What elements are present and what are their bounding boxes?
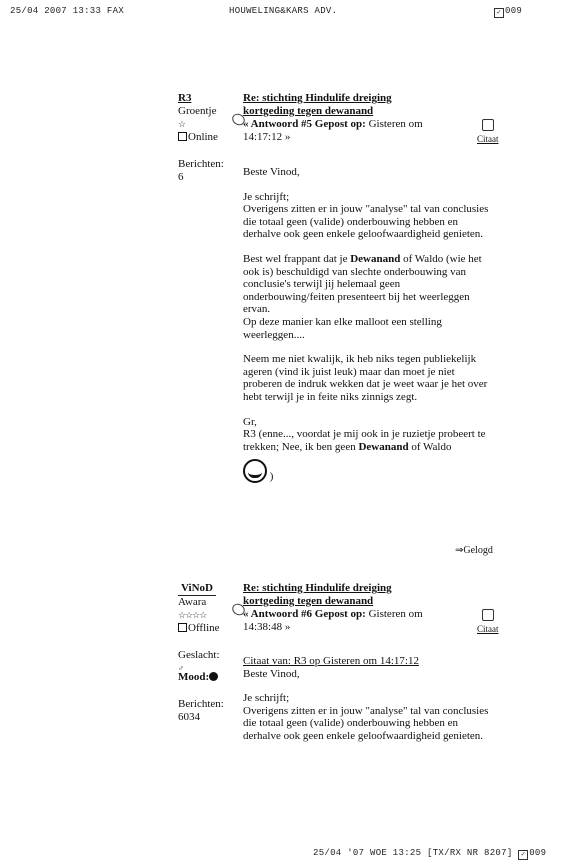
status-text: Offline: [188, 622, 220, 634]
posts-count-value: 6: [178, 171, 240, 184]
body-line: Best wel frappant dat je Dewanand of Wal…: [243, 253, 523, 266]
online-status: Offline: [178, 622, 240, 635]
author-panel: R3 Groentje ☆ Online Berichten: 6: [178, 92, 240, 184]
status-icon: [178, 132, 187, 141]
greeting: Beste Vinod,: [243, 166, 523, 179]
mood-label: Mood:: [178, 671, 240, 684]
grin-smiley-icon: [243, 459, 267, 483]
quote-icon: [482, 609, 494, 621]
fax-page-icon: ✓: [518, 850, 528, 860]
fax-header-page: ✓009: [494, 6, 522, 18]
greeting: Beste Vinod,: [243, 668, 523, 681]
body-line: derhalve ook geen enkele geloofwaardighe…: [243, 730, 523, 743]
body-line: die totaal geen (valide) onderbouwing he…: [243, 216, 523, 229]
online-status: Online: [178, 131, 240, 144]
author-name-link[interactable]: R3: [178, 92, 240, 105]
body-line: onderbouwing/feiten presenteert bij het …: [243, 291, 523, 304]
fax-header-left: 25/04 2007 13:33 FAX: [10, 6, 124, 16]
quote-button[interactable]: Citaat: [477, 609, 499, 636]
quote-button[interactable]: Citaat: [477, 119, 499, 146]
author-name-link[interactable]: ViNoD: [178, 582, 216, 596]
rank-stars-icon: ☆: [178, 118, 240, 131]
mood-icon: [209, 672, 218, 681]
body-line: weerleggen....: [243, 329, 523, 342]
status-text: Online: [188, 131, 218, 143]
author-rank: Groentje: [178, 105, 240, 118]
author-panel: ViNoD Awara ☆☆☆☆ Offline Geslacht: ♂ Moo…: [178, 582, 240, 724]
body-line: conclusie's terwijl jij helemaal geen: [243, 278, 523, 291]
quote-header-link[interactable]: Citaat van: R3 op Gisteren om 14:17:12: [243, 655, 523, 668]
post-header: Re: stichting Hindulife dreigingkortgedi…: [243, 582, 513, 634]
body-line: ervan.: [243, 303, 523, 316]
fax-header-sender: HOUWELING&KARS ADV.: [229, 6, 337, 16]
author-rank: Awara: [178, 596, 240, 609]
rank-stars-icon: ☆☆☆☆: [178, 609, 240, 622]
body-line: die totaal geen (valide) onderbouwing he…: [243, 717, 523, 730]
post-meta: « Antwoord #5 Gepost op: Gisteren om14:1…: [243, 118, 513, 144]
body-line: Je schrijft;: [243, 191, 523, 204]
status-icon: [178, 623, 187, 632]
body-line: hebt terwijl je in feite niks zinnigs ze…: [243, 391, 523, 404]
smiley-line: ): [243, 459, 523, 483]
body-line: ageren (vind ik juist leuk) maar dan moe…: [243, 366, 523, 379]
post-meta: « Antwoord #6 Gepost op: Gisteren om14:3…: [243, 608, 513, 634]
signoff: R3 (enne..., voordat je mij ook in je ru…: [243, 428, 523, 441]
fax-page-number: 009: [505, 6, 522, 16]
body-line: Neem me niet kwalijk, ik heb niks tegen …: [243, 353, 523, 366]
post-header: Re: stichting Hindulife dreigingkortgedi…: [243, 92, 513, 144]
body-line: Overigens zitten er in jouw "analyse" ta…: [243, 203, 523, 216]
gender-icon: ♂: [178, 662, 240, 671]
post-body: Citaat van: R3 op Gisteren om 14:17:12 B…: [243, 655, 523, 743]
body-line: Op deze manier kan elke malloot een stel…: [243, 316, 523, 329]
body-line: Je schrijft;: [243, 692, 523, 705]
body-line: proberen de indruk wekken dat je weet wa…: [243, 378, 523, 391]
post-subject-link[interactable]: Re: stichting Hindulife dreigingkortgedi…: [243, 582, 513, 608]
body-line: Overigens zitten er in jouw "analyse" ta…: [243, 705, 523, 718]
posts-count-label: Berichten:: [178, 698, 240, 711]
quote-icon: [482, 119, 494, 131]
fax-page-icon: ✓: [494, 8, 504, 18]
logged-indicator: ⇒Gelogd: [455, 545, 493, 556]
posts-count-value: 6034: [178, 711, 240, 724]
body-line: ook is) beschuldigd van slechte onderbou…: [243, 266, 523, 279]
signoff: trekken; Nee, ik ben geen Dewanand of Wa…: [243, 441, 523, 454]
signoff: Gr,: [243, 416, 523, 429]
body-line: derhalve ook geen enkele geloofwaardighe…: [243, 228, 523, 241]
gender-label: Geslacht:: [178, 649, 240, 662]
posts-count-label: Berichten:: [178, 158, 240, 171]
fax-footer: 25/04 '07 WOE 13:25 [TX/RX NR 8207] ✓009: [313, 848, 546, 860]
post-subject-link[interactable]: Re: stichting Hindulife dreigingkortgedi…: [243, 92, 513, 118]
post-body: Beste Vinod, Je schrijft; Overigens zitt…: [243, 166, 523, 483]
